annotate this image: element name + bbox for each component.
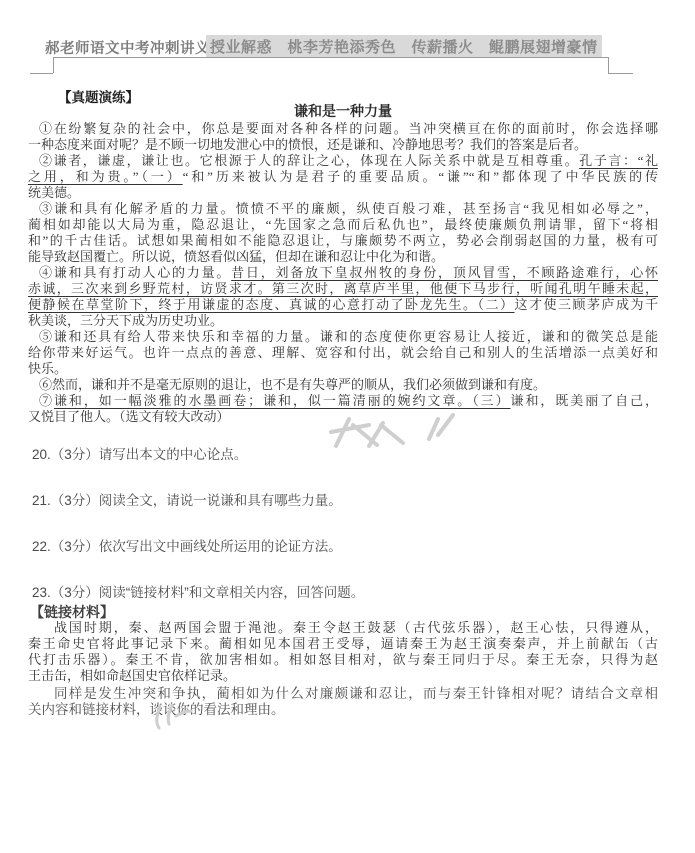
- questions-list: 20.（3分）请写出本文的中心论点。21.（3分）阅读全文，请说一说谦和具有哪些…: [28, 447, 658, 601]
- text-segment: 和”的千古佳话。试想如果蔺相如不能隐忍退让，与廉颇势不两立，势必会削弱赵国的力量…: [28, 233, 658, 248]
- text-segment: ⑦: [39, 393, 54, 408]
- link-material-label: 【链接材料】: [30, 604, 658, 620]
- question-item: 23.（3分）阅读“链接材料”和文章相关内容，回答问题。: [32, 585, 658, 601]
- essay-line: 之用，和为贵。”（一）“和”历来被认为是君子的重要品质。“谦”“和”都体现了中华…: [28, 169, 658, 185]
- essay-line: ⑤谦和还具有给人带来快乐和幸福的力量。谦和的态度使你更容易让人接近，谦和的微笑总…: [28, 329, 658, 345]
- essay-line: 秋美谈，三分天下成为历史功业。: [28, 313, 658, 329]
- margin-mark-right-horizontal: [608, 73, 633, 74]
- document-page: 郝老师语文中考冲刺讲义 授业解惑 桃李芳艳添秀色 传薪播火 鲲鹏展翅增豪情 【真…: [0, 0, 695, 853]
- essay-line: 一种态度来面对呢？是不顾一切地发泄心中的愤恨，还是谦和、冷静地思考？我们的答案是…: [28, 137, 658, 153]
- material-line: 秦王命史官将此事记录下来。蔺相如见本国君王受辱，逼请秦王为赵王演奏秦声，并上前献…: [28, 636, 658, 652]
- essay-line: 和”的千古佳话。试想如果蔺相如不能隐忍退让，与廉颇势不两立，势必会削弱赵国的力量…: [28, 233, 658, 249]
- text-segment: ①在纷繁复杂的社会中，你总是要面对各种各样的问题。当冲突横亘在你的面前时，你会选…: [39, 121, 658, 136]
- text-segment: 这才使三顾茅庐成为千: [514, 297, 658, 312]
- text-segment: 快乐。: [28, 361, 67, 376]
- essay-body: ①在纷繁复杂的社会中，你总是要面对各种各样的问题。当冲突横亘在你的面前时，你会选…: [28, 121, 658, 425]
- text-segment: 关内容和链接材料，谈谈你的看法和理由。: [28, 702, 285, 717]
- text-segment: ④谦和具有打动人心的力量。: [39, 265, 231, 280]
- underlined-text: 谦和，如一幅淡雅的水墨画卷；谦和，似一篇清丽的婉约文章。（三）: [54, 393, 511, 408]
- section-label: 【真题演练】: [58, 90, 658, 105]
- document-body: 【真题演练】 谦和是一种力量 ①在纷繁复杂的社会中，你总是要面对各种各样的问题。…: [28, 90, 658, 718]
- margin-mark-right-vertical: [608, 57, 609, 73]
- question-item: 21.（3分）阅读全文，请说一说谦和具有哪些力量。: [32, 493, 658, 509]
- header-rule: [53, 57, 608, 58]
- text-segment: 统美德。: [28, 185, 80, 200]
- margin-mark-left-vertical: [53, 57, 54, 73]
- followup-question: 同样是发生冲突和争执，蔺相如为什么对廉颇谦和忍让，而与秦王针锋相对呢？请结合文章…: [28, 686, 658, 718]
- essay-line: 蔺相如却能以大局为重，隐忍退让，“先国家之急而后私仇也”，最终使廉颇负荆请罪，留…: [28, 217, 658, 233]
- text-segment: 代打击乐器）。秦王不肯，欲加害相如。相如怒目相对，欲与秦王同归于尽。秦王无奈，只…: [28, 652, 658, 667]
- text-segment: “和”历来被认为是君子的重要品质。“谦”“和”都体现了中华民族的传: [183, 169, 658, 184]
- essay-line: ⑥然而，谦和并不是毫无原则的退让，也不是有失尊严的顺从，我们必须做到谦和有度。: [28, 377, 658, 393]
- material-line: 战国时期，秦、赵两国会盟于渑池。秦王令赵王鼓瑟（古代弦乐器），赵王心怯，只得遵从…: [28, 620, 658, 636]
- underlined-text: 昔日，刘备放下皇叔州牧的身份，顶风冒雪，不顾路途难行，心怀: [231, 265, 658, 280]
- question-item: 22.（3分）依次写出文中画线处所运用的论证方法。: [32, 539, 658, 555]
- text-segment: 王击缶，相如命赵国史官依样记录。: [28, 668, 236, 683]
- text-segment: 同样是发生冲突和争执，蔺相如为什么对廉颇谦和忍让，而与秦王针锋相对呢？请结合文章…: [54, 686, 658, 701]
- text-segment: 谦和，既美丽了自己，: [511, 393, 658, 408]
- essay-title: 谦和是一种力量: [28, 105, 658, 121]
- essay-line: ②谦者，谦虚，谦让也。它根源于人的辞让之心，体现在人际关系中就是互相尊重。孔子言…: [28, 153, 658, 169]
- text-segment: 秋美谈，三分天下成为历史功业。: [28, 313, 223, 328]
- essay-line: ③谦和具有化解矛盾的力量。愤愤不平的廉颇，纵使百般刁难，甚至扬言“我见相如必辱之…: [28, 201, 658, 217]
- text-segment: 秦王命史官将此事记录下来。蔺相如见本国君王受辱，逼请秦王为赵王演奏秦声，并上前献…: [28, 636, 658, 651]
- essay-line: 又悦目了他人。（选文有较大改动）: [28, 409, 658, 425]
- followup-line: 关内容和链接材料，谈谈你的看法和理由。: [28, 702, 658, 718]
- underlined-text: 之用，和为贵。”（一）: [28, 169, 183, 184]
- question-item: 20.（3分）请写出本文的中心论点。: [32, 447, 658, 463]
- text-segment: 战国时期，秦、赵两国会盟于渑池。秦王令赵王鼓瑟（古代弦乐器），赵王心怯，只得遵从…: [54, 620, 658, 635]
- underlined-text: 孔子言：“礼: [579, 153, 658, 168]
- text-segment: 能导致赵国覆亡。所以说，愤怒看似凶猛，但却在谦和忍让中化为和谐。: [28, 249, 444, 264]
- link-material-body: 战国时期，秦、赵两国会盟于渑池。秦王令赵王鼓瑟（古代弦乐器），赵王心怯，只得遵从…: [28, 620, 658, 684]
- underlined-text: 便静候在草堂阶下，终于用谦虚的态度、真诚的心意打动了卧龙先生。（二）: [28, 297, 514, 312]
- essay-line: 便静候在草堂阶下，终于用谦虚的态度、真诚的心意打动了卧龙先生。（二）这才使三顾茅…: [28, 297, 658, 313]
- material-line: 代打击乐器）。秦王不肯，欲加害相如。相如怒目相对，欲与秦王同归于尽。秦王无奈，只…: [28, 652, 658, 668]
- essay-line: ④谦和具有打动人心的力量。昔日，刘备放下皇叔州牧的身份，顶风冒雪，不顾路途难行，…: [28, 265, 658, 281]
- text-segment: ⑤谦和还具有给人带来快乐和幸福的力量。谦和的态度使你更容易让人接近，谦和的微笑总…: [39, 329, 658, 344]
- material-line: 王击缶，相如命赵国史官依样记录。: [28, 668, 658, 684]
- text-segment: ②谦者，谦虚，谦让也。它根源于人的辞让之心，体现在人际关系中就是互相尊重。: [39, 153, 579, 168]
- text-segment: 给你带来好运气。也许一点点的善意、理解、宽容和付出，就会给自己和别人的生活增添一…: [28, 345, 658, 360]
- essay-line: ⑦谦和，如一幅淡雅的水墨画卷；谦和，似一篇清丽的婉约文章。（三）谦和，既美丽了自…: [28, 393, 658, 409]
- followup-line: 同样是发生冲突和争执，蔺相如为什么对廉颇谦和忍让，而与秦王针锋相对呢？请结合文章…: [28, 686, 658, 702]
- text-segment: 蔺相如却能以大局为重，隐忍退让，“先国家之急而后私仇也”，最终使廉颇负荆请罪，留…: [28, 217, 658, 232]
- text-segment: 一种态度来面对呢？是不顾一切地发泄心中的愤恨，还是谦和、冷静地思考？我们的答案是…: [28, 137, 587, 152]
- header-motto: 授业解惑 桃李芳艳添秀色 传薪播火 鲲鹏展翅增豪情: [206, 35, 602, 58]
- essay-line: 快乐。: [28, 361, 658, 377]
- essay-line: 给你带来好运气。也许一点点的善意、理解、宽容和付出，就会给自己和别人的生活增添一…: [28, 345, 658, 361]
- essay-line: 统美德。: [28, 185, 658, 201]
- essay-line: ①在纷繁复杂的社会中，你总是要面对各种各样的问题。当冲突横亘在你的面前时，你会选…: [28, 121, 658, 137]
- underlined-text: 赤诚，三次来到乡野荒村，访贤求才。第三次时，离草庐半里，他便下马步行，听闻孔明午…: [28, 281, 658, 296]
- text-segment: ③谦和具有化解矛盾的力量。愤愤不平的廉颇，纵使百般刁难，甚至扬言“我见相如必辱之…: [39, 201, 658, 216]
- header-title: 郝老师语文中考冲刺讲义: [45, 37, 210, 58]
- essay-line: 能导致赵国覆亡。所以说，愤怒看似凶猛，但却在谦和忍让中化为和谐。: [28, 249, 658, 265]
- text-segment: 又悦目了他人。（选文有较大改动）: [28, 409, 230, 424]
- essay-line: 赤诚，三次来到乡野荒村，访贤求才。第三次时，离草庐半里，他便下马步行，听闻孔明午…: [28, 281, 658, 297]
- text-segment: ⑥然而，谦和并不是毫无原则的退让，也不是有失尊严的顺从，我们必须做到谦和有度。: [39, 377, 546, 392]
- margin-mark-left-horizontal: [30, 73, 53, 74]
